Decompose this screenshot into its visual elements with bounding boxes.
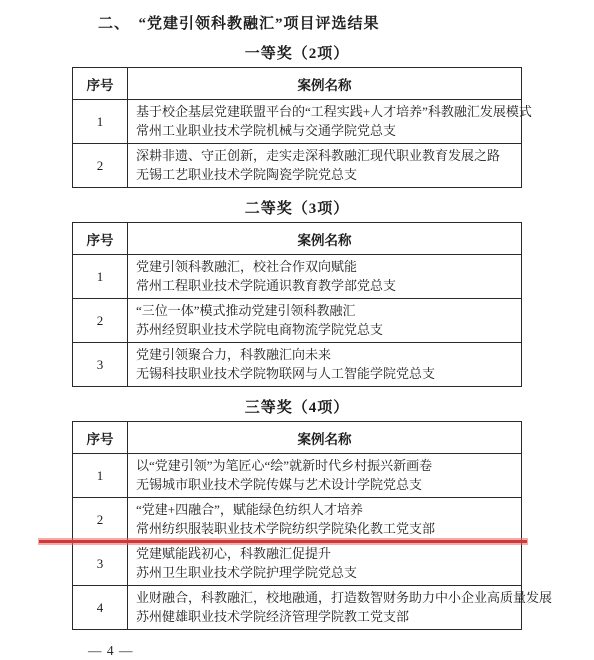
page-title: 二、 “党建引领科教融汇”项目评选结果 <box>98 12 594 33</box>
table-row: 3 党建赋能践初心，科教融汇促提升 苏州卫生职业技术学院护理学院党总支 <box>73 542 522 586</box>
table-row: 2 “三位一体”模式推动党建引领科教融汇 苏州经贸职业技术学院电商物流学院党总支 <box>73 299 522 343</box>
case-title: 深耕非遗、守正创新，走实走深科教融汇现代职业教育发展之路 <box>136 147 513 166</box>
table-header-row: 序号 案例名称 <box>73 422 522 454</box>
case-name-cell: 业财融合，科教融汇，校地融通，打造数智财务助力中小企业高质量发展 苏州健雄职业技… <box>128 586 522 630</box>
table-row: 3 党建引领聚合力，科教融汇向未来 无锡科技职业技术学院物联网与人工智能学院党总… <box>73 343 522 387</box>
case-organization: 苏州健雄职业技术学院经济管理学院教工党支部 <box>136 608 513 627</box>
table-row: 1 以“党建引领”为笔匠心“绘”就新时代乡村振兴新画卷 无锡城市职业技术学院传媒… <box>73 454 522 498</box>
case-name-cell: 党建引领聚合力，科教融汇向未来 无锡科技职业技术学院物联网与人工智能学院党总支 <box>128 343 522 387</box>
case-organization: 苏州经贸职业技术学院电商物流学院党总支 <box>136 321 513 340</box>
row-number: 1 <box>73 454 128 498</box>
row-number: 4 <box>73 586 128 630</box>
section-heading-third-prize: 三等奖（4项） <box>0 396 594 417</box>
row-number: 2 <box>73 144 128 188</box>
table-row-highlighted: 2 “党建+四融合”，赋能绿色纺织人才培养 常州纺织服装职业技术学院纺织学院染化… <box>73 498 522 542</box>
section-heading-second-prize: 二等奖（3项） <box>0 197 594 218</box>
case-name-cell: 深耕非遗、守正创新，走实走深科教融汇现代职业教育发展之路 无锡工艺职业技术学院陶… <box>128 144 522 188</box>
case-organization: 无锡工艺职业技术学院陶瓷学院党总支 <box>136 166 513 185</box>
case-name-cell: 党建赋能践初心，科教融汇促提升 苏州卫生职业技术学院护理学院党总支 <box>128 542 522 586</box>
case-organization: 常州纺织服装职业技术学院纺织学院染化教工党支部 <box>136 520 513 539</box>
second-prize-table: 序号 案例名称 1 党建引领科教融汇，校社合作双向赋能 常州工程职业技术学院通识… <box>72 222 522 387</box>
case-organization: 无锡城市职业技术学院传媒与艺术设计学院党总支 <box>136 476 513 495</box>
row-number: 2 <box>73 299 128 343</box>
column-header-number: 序号 <box>73 422 128 454</box>
case-title: “党建+四融合”，赋能绿色纺织人才培养 <box>136 501 513 520</box>
table-row: 1 党建引领科教融汇，校社合作双向赋能 常州工程职业技术学院通识教育教学部党总支 <box>73 255 522 299</box>
case-name-cell: “党建+四融合”，赋能绿色纺织人才培养 常州纺织服装职业技术学院纺织学院染化教工… <box>128 498 522 542</box>
row-number-text: 2 <box>97 512 104 527</box>
table-header-row: 序号 案例名称 <box>73 68 522 100</box>
table-row: 4 业财融合，科教融汇，校地融通，打造数智财务助力中小企业高质量发展 苏州健雄职… <box>73 586 522 630</box>
case-organization: 常州工程职业技术学院通识教育教学部党总支 <box>136 277 513 296</box>
third-prize-table: 序号 案例名称 1 以“党建引领”为笔匠心“绘”就新时代乡村振兴新画卷 无锡城市… <box>72 421 522 630</box>
case-name-cell: 党建引领科教融汇，校社合作双向赋能 常州工程职业技术学院通识教育教学部党总支 <box>128 255 522 299</box>
case-title: 党建赋能践初心，科教融汇促提升 <box>136 545 513 564</box>
row-number: 3 <box>73 542 128 586</box>
table-row: 1 基于校企基层党建联盟平台的“工程实践+人才培养”科教融汇发展模式 常州工业职… <box>73 100 522 144</box>
row-number: 3 <box>73 343 128 387</box>
row-number: 2 <box>73 498 128 542</box>
case-name-cell: 基于校企基层党建联盟平台的“工程实践+人才培养”科教融汇发展模式 常州工业职业技… <box>128 100 522 144</box>
table-row: 2 深耕非遗、守正创新，走实走深科教融汇现代职业教育发展之路 无锡工艺职业技术学… <box>73 144 522 188</box>
case-title: “三位一体”模式推动党建引领科教融汇 <box>136 302 513 321</box>
row-number: 1 <box>73 100 128 144</box>
section-heading-first-prize: 一等奖（2项） <box>0 42 594 63</box>
case-name-cell: “三位一体”模式推动党建引领科教融汇 苏州经贸职业技术学院电商物流学院党总支 <box>128 299 522 343</box>
case-name-cell: 以“党建引领”为笔匠心“绘”就新时代乡村振兴新画卷 无锡城市职业技术学院传媒与艺… <box>128 454 522 498</box>
case-title: 党建引领科教融汇，校社合作双向赋能 <box>136 258 513 277</box>
table-header-row: 序号 案例名称 <box>73 223 522 255</box>
first-prize-table: 序号 案例名称 1 基于校企基层党建联盟平台的“工程实践+人才培养”科教融汇发展… <box>72 67 522 188</box>
column-header-case-name: 案例名称 <box>128 422 522 454</box>
column-header-case-name: 案例名称 <box>128 223 522 255</box>
case-organization: 苏州卫生职业技术学院护理学院党总支 <box>136 564 513 583</box>
case-title: 党建引领聚合力，科教融汇向未来 <box>136 346 513 365</box>
case-title: 基于校企基层党建联盟平台的“工程实践+人才培养”科教融汇发展模式 <box>136 103 513 122</box>
case-title: 以“党建引领”为笔匠心“绘”就新时代乡村振兴新画卷 <box>136 457 513 476</box>
document-page: 二、 “党建引领科教融汇”项目评选结果 一等奖（2项） 序号 案例名称 1 基于… <box>0 0 594 660</box>
case-organization: 无锡科技职业技术学院物联网与人工智能学院党总支 <box>136 365 513 384</box>
case-title: 业财融合，科教融汇，校地融通，打造数智财务助力中小企业高质量发展 <box>136 589 513 608</box>
row-number: 1 <box>73 255 128 299</box>
case-organization: 常州工业职业技术学院机械与交通学院党总支 <box>136 122 513 141</box>
page-number: — 4 — <box>88 643 594 659</box>
column-header-number: 序号 <box>73 223 128 255</box>
column-header-number: 序号 <box>73 68 128 100</box>
column-header-case-name: 案例名称 <box>128 68 522 100</box>
